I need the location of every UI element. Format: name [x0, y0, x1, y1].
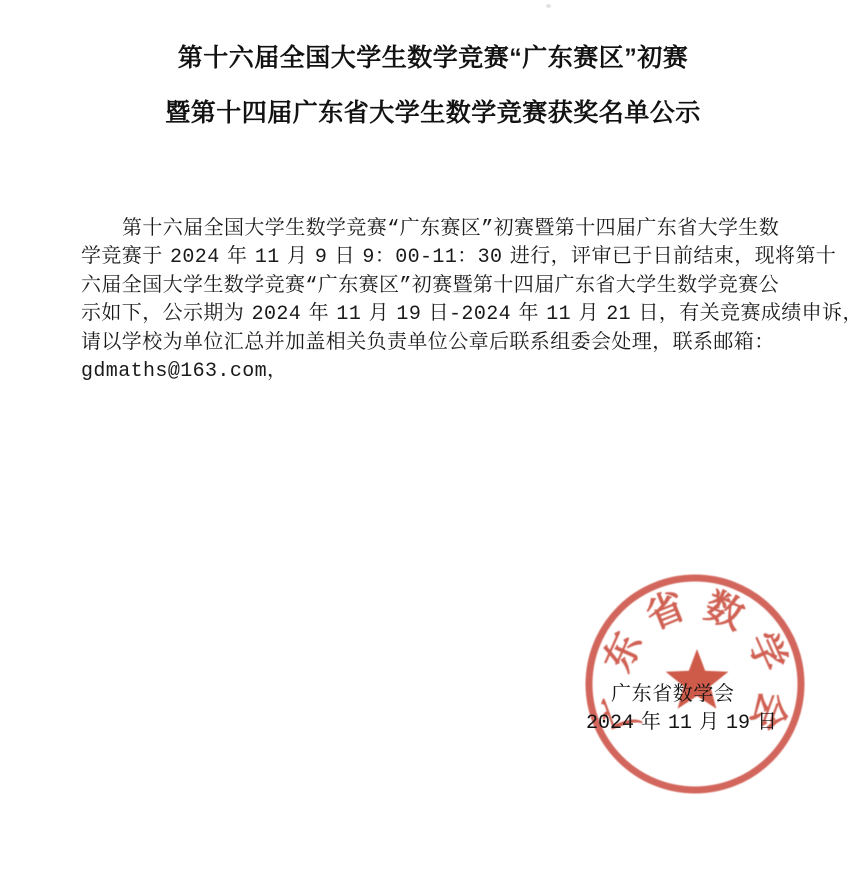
body-line: 示如下，公示期为 2024 年 11 月 19 日-2024 年 11 月 21…: [81, 301, 821, 329]
body-line: 学竞赛于 2024 年 11 月 9 日 9：00-11：30 进行，评审已于日…: [81, 244, 821, 272]
scan-speck: [546, 4, 551, 8]
body-line: 六届全国大学生数学竞赛“广东赛区”初赛暨第十四届广东省大学生数学竞赛公: [81, 273, 821, 301]
title-line-1: 第十六届全国大学生数学竞赛“广东赛区”初赛: [0, 38, 866, 74]
body-paragraph: 第十六届全国大学生数学竞赛“广东赛区”初赛暨第十四届广东省大学生数 学竞赛于 2…: [81, 216, 821, 386]
seal-char: 数: [699, 585, 750, 638]
signature-org: 广东省数学会: [611, 677, 735, 706]
email-line: gdmaths@163.com，: [81, 358, 821, 386]
signature-date: 2024 年 11 月 19 日: [586, 705, 777, 735]
title-line-2: 暨第十四届广东省大学生数学竞赛获奖名单公示: [0, 93, 866, 129]
body-line: 请以学校为单位汇总并加盖相关负责单位公章后联系组委会处理，联系邮箱：: [81, 330, 821, 358]
document-page: 第十六届全国大学生数学竞赛“广东赛区”初赛 暨第十四届广东省大学生数学竞赛获奖名…: [0, 0, 866, 870]
body-line: 第十六届全国大学生数学竞赛“广东赛区”初赛暨第十四届广东省大学生数: [81, 216, 821, 244]
seal-char: 省: [640, 585, 691, 638]
